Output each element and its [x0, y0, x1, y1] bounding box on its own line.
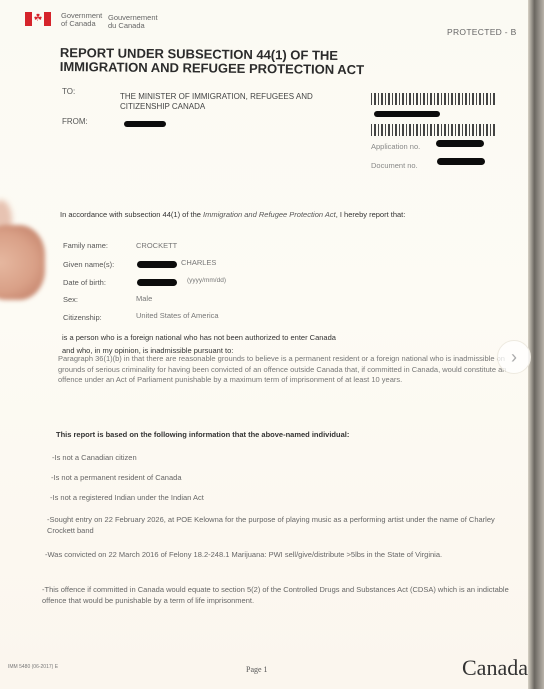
form-code: IMM 5480 (06-2017) E	[8, 664, 58, 670]
application-no-label: Application no.	[371, 142, 420, 151]
list-item: -Is not a Canadian citizen	[52, 452, 137, 463]
gov-signature-en: Government of Canada	[61, 12, 102, 28]
intro-sentence: In accordance with subsection 44(1) of t…	[60, 210, 405, 219]
gov-signature-fr: Gouvernement du Canada	[108, 14, 158, 30]
inadmissibility-paragraph: Paragraph 36(1)(b) in that there are rea…	[58, 354, 520, 386]
list-item: -This offence if committed in Canada wou…	[42, 584, 512, 606]
information-heading: This report is based on the following in…	[56, 430, 349, 439]
dob-format-hint: (yyyy/mm/dd)	[187, 277, 226, 284]
dob-label: Date of birth:	[63, 278, 106, 287]
canada-flag-icon: ☘	[25, 12, 51, 26]
document-no-label: Document no.	[371, 161, 418, 170]
from-redaction	[124, 121, 166, 127]
page-number: Page 1	[246, 665, 268, 674]
family-name-value: CROCKETT	[136, 241, 177, 250]
from-label: FROM:	[62, 117, 88, 126]
given-names-value: CHARLES	[181, 258, 216, 267]
sex-label: Sex:	[63, 295, 78, 304]
document-no-redaction	[437, 158, 485, 165]
application-no-redaction	[436, 140, 484, 147]
document-page: ☘ Government of Canada Gouvernement du C…	[0, 0, 528, 689]
list-item: -Was convicted on 22 March 2016 of Felon…	[45, 549, 505, 560]
list-item: -Is not a permanent resident of Canada	[51, 472, 182, 483]
barcode-1-redaction	[374, 111, 440, 117]
given-name-redaction	[137, 261, 177, 268]
classification-label: PROTECTED - B	[447, 27, 517, 37]
sex-value: Male	[136, 294, 152, 303]
citizenship-label: Citizenship:	[63, 313, 102, 322]
list-item: -Is not a registered Indian under the In…	[50, 492, 204, 503]
document-title: REPORT UNDER SUBSECTION 44(1) OF THE IMM…	[60, 46, 420, 78]
thumb	[0, 225, 45, 300]
statement-line-1: is a person who is a foreign national wh…	[62, 333, 336, 342]
dob-redaction	[137, 279, 177, 286]
chevron-right-icon: ›	[511, 348, 517, 366]
given-names-label: Given name(s):	[63, 260, 114, 269]
list-item: -Sought entry on 22 February 2026, at PO…	[47, 514, 507, 536]
family-name-label: Family name:	[63, 241, 108, 250]
paper-edge-shadow	[528, 0, 544, 689]
to-label: TO:	[62, 87, 75, 96]
citizenship-value: United States of America	[136, 311, 219, 320]
canada-wordmark: Canada	[462, 655, 528, 681]
carousel-next-button[interactable]: ›	[497, 340, 531, 374]
barcode-2	[371, 124, 496, 136]
to-value: THE MINISTER OF IMMIGRATION, REFUGEES AN…	[120, 92, 360, 112]
barcode-1	[371, 93, 496, 105]
